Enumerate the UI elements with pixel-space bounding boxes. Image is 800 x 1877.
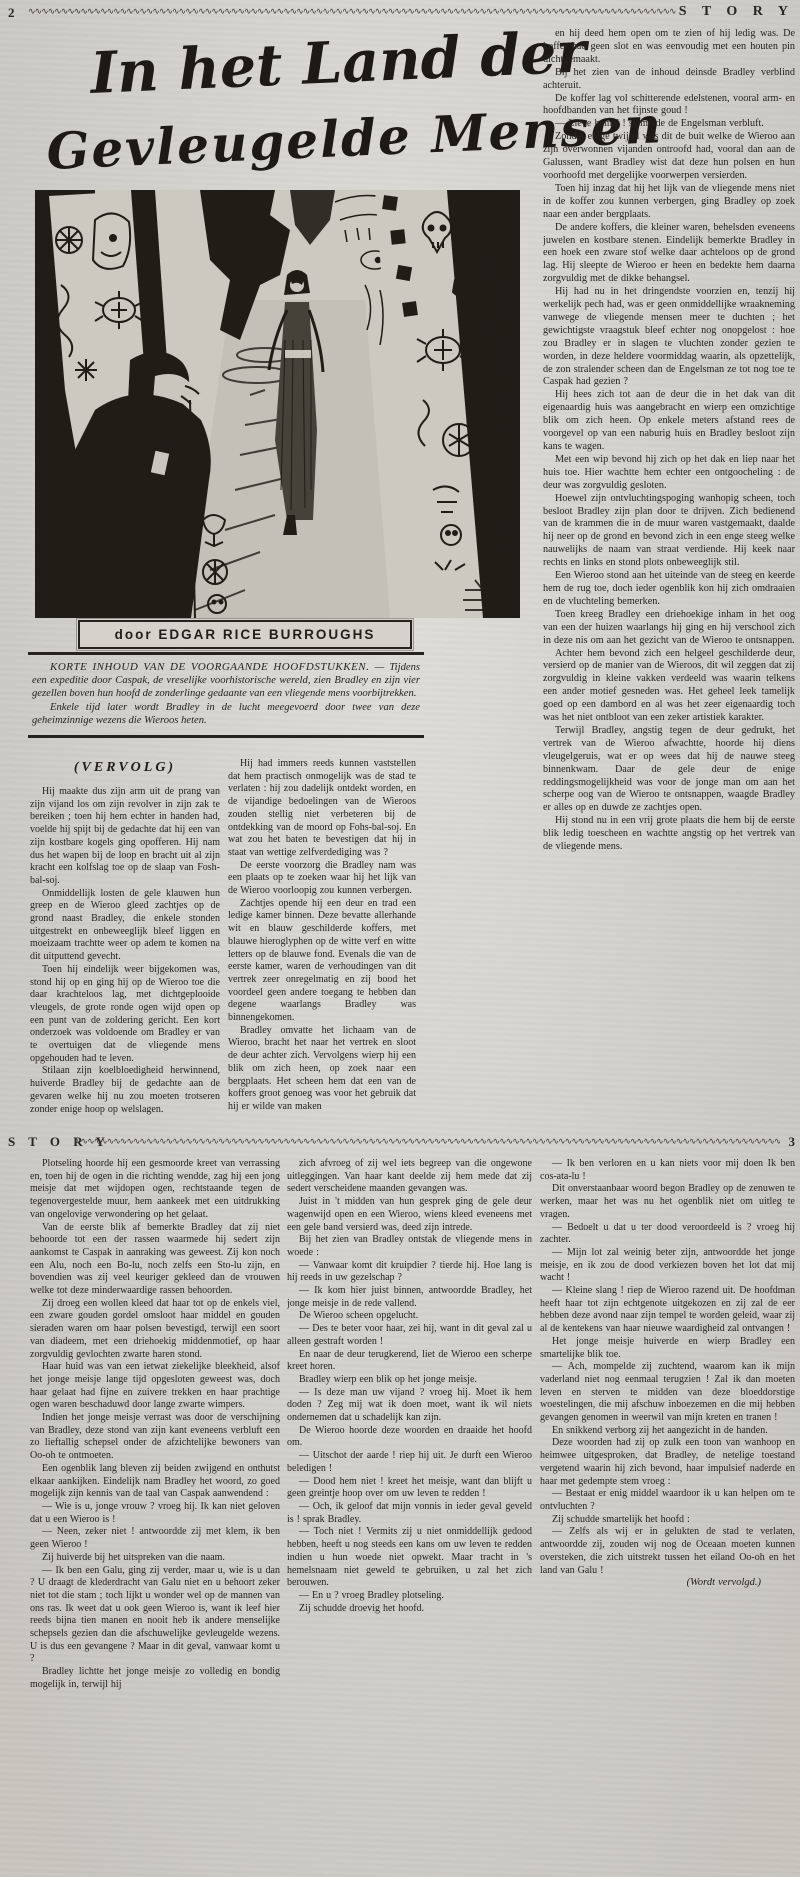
- paragraph: De koffer lag vol schitterende edelstene…: [543, 93, 795, 119]
- paragraph: — Bestaat er enig middel waardoor ik u k…: [540, 1488, 795, 1513]
- paragraph: — Neen, zeker niet ! antwoordde zij met …: [30, 1526, 280, 1551]
- paragraph: Een Wieroo stond aan het uiteinde van de…: [543, 570, 795, 609]
- paragraph: En snikkend verborg zij het aangezicht i…: [540, 1425, 795, 1438]
- paragraph: — Ach, mompelde zij zuchtend, waarom kan…: [540, 1361, 795, 1425]
- closing-note: (Wordt vervolgd.): [540, 1577, 795, 1590]
- paragraph: — Lieve hemel ! stamelde de Engelsman ve…: [543, 118, 795, 131]
- paragraph: Zij droeg een wollen kleed dat haar tot …: [30, 1298, 280, 1362]
- paragraph: Toen hij inzag dat hij het lijk van de v…: [543, 183, 795, 222]
- byline-box: door EDGAR RICE BURROUGHS: [78, 620, 412, 649]
- paragraph: Bradley omvatte het lichaam van de Wiero…: [228, 1025, 416, 1114]
- paragraph: Bradley wierp een blik op het jonge meis…: [287, 1374, 532, 1387]
- paragraph: De Wieroo scheen opgelucht.: [287, 1310, 532, 1323]
- upper-column-1: Hij maakte dus zijn arm uit de prang van…: [30, 786, 220, 1134]
- paragraph: Hij had immers reeds kunnen vaststellen …: [228, 758, 416, 860]
- summary-paragraph-2: Enkele tijd later wordt Bradley in de lu…: [32, 701, 420, 727]
- upper-column-2: Hij had immers reeds kunnen vaststellen …: [228, 758, 416, 1134]
- page-number-right: 3: [789, 1134, 796, 1150]
- upper-column-3: en hij deed hem open om te zien of hij l…: [543, 28, 795, 1134]
- lower-column-1: Plotseling hoorde hij een gesmoorde kree…: [30, 1158, 280, 1872]
- paragraph: Met een wip bevond hij zich op het dak e…: [543, 454, 795, 493]
- paragraph: Bradley lichtte het jonge meisje zo voll…: [30, 1666, 280, 1691]
- paragraph: — Dood hem niet ! kreet het meisje, want…: [287, 1476, 532, 1501]
- paragraph: Onmiddellijk losten de gele klauwen hun …: [30, 888, 220, 964]
- header-ornament: ∿∿∿∿∿∿∿∿∿∿∿∿∿∿∿∿∿∿∿∿∿∿∿∿∿∿∿∿∿∿∿∿∿∿∿∿∿∿∿∿…: [28, 6, 676, 18]
- paragraph: — Uitschot der aarde ! riep hij uit. Je …: [287, 1450, 532, 1475]
- paragraph: — Toch niet ! Vermits zij u niet onmidde…: [287, 1526, 532, 1590]
- paragraph: De Wieroo hoorde deze woorden en draaide…: [287, 1425, 532, 1450]
- paragraph: Hij had nu in het dringendste voorzien e…: [543, 286, 795, 389]
- paragraph: En naar de deur terugkerend, liet de Wie…: [287, 1349, 532, 1374]
- paragraph: Hoewel zijn ontvluchtingspoging wanhopig…: [543, 493, 795, 570]
- story-title-line1: In het Land der: [89, 18, 588, 107]
- paragraph: Hij maakte dus zijn arm uit de prang van…: [30, 786, 220, 888]
- paragraph: Zonder enige twijfel was dit de buit wel…: [543, 131, 795, 183]
- paragraph: Juist in 't midden van hun gesprek ging …: [287, 1196, 532, 1234]
- lower-column-2: zich afvroeg of zij wel iets begreep van…: [287, 1158, 532, 1872]
- paragraph: — Wie is u, jonge vrouw ? vroeg hij. Ik …: [30, 1501, 280, 1526]
- paragraph: Bij het zien van Bradley ontstak de vlie…: [287, 1234, 532, 1259]
- summary-box: KORTE INHOUD VAN DE VOORGAANDE HOOFDSTUK…: [28, 652, 424, 738]
- paragraph: — Ik ben verloren en u kan niets voor mi…: [540, 1158, 795, 1183]
- magazine-page: 2 ∿∿∿∿∿∿∿∿∿∿∿∿∿∿∿∿∿∿∿∿∿∿∿∿∿∿∿∿∿∿∿∿∿∿∿∿∿∿…: [0, 0, 800, 1877]
- paragraph: — Is deze man uw vijand ? vroeg hij. Moe…: [287, 1387, 532, 1425]
- paragraph: — Ik ben een Galu, ging zij verder, maar…: [30, 1565, 280, 1667]
- paragraph: Zij schudde smartelijk het hoofd :: [540, 1514, 795, 1527]
- paragraph: Toen kreeg Bradley een driehoekige inham…: [543, 609, 795, 648]
- paragraph: De eerste voorzorg die Bradley nam was e…: [228, 860, 416, 898]
- paragraph: Terwijl Bradley, angstig tegen de deur g…: [543, 725, 795, 815]
- page-number-left: 2: [8, 5, 15, 21]
- paragraph: zich afvroeg of zij wel iets begreep van…: [287, 1158, 532, 1196]
- summary-heading: KORTE INHOUD VAN DE VOORGAANDE HOOFDSTUK…: [50, 661, 385, 673]
- continuation-heading: (VERVOLG): [30, 760, 220, 776]
- paragraph: Bij het zien van de inhoud deinsde Bradl…: [543, 67, 795, 93]
- paragraph: Indien het jonge meisje verrast was door…: [30, 1412, 280, 1463]
- paragraph: — En u ? vroeg Bradley plotseling.: [287, 1590, 532, 1603]
- paragraph: Achter hem bevond zich een helgeel gesch…: [543, 648, 795, 725]
- paragraph: en hij deed hem open om te zien of hij l…: [543, 28, 795, 67]
- story-illustration: [35, 190, 520, 618]
- paragraph: Deze woorden had zij op zulk een toon va…: [540, 1437, 795, 1488]
- paragraph: Een ogenblik lang bleven zij beiden zwij…: [30, 1463, 280, 1501]
- paragraph: — Zelfs als wij er in gelukten de stad t…: [540, 1526, 795, 1577]
- paragraph: Hij hees zich tot aan de deur die in het…: [543, 389, 795, 454]
- paragraph: Plotseling hoorde hij een gesmoorde kree…: [30, 1158, 280, 1222]
- paragraph: — Vanwaar komt dit kruipdier ? tierde hi…: [287, 1260, 532, 1285]
- lower-column-3-text: — Ik ben verloren en u kan niets voor mi…: [540, 1158, 795, 1577]
- paragraph: Zij schudde droevig het hoofd.: [287, 1603, 532, 1616]
- paragraph: Zachtjes opende hij een deur en trad een…: [228, 898, 416, 1025]
- paragraph: Het jonge meisje huiverde en wierp Bradl…: [540, 1336, 795, 1361]
- paragraph: Dit onverstaanbaar woord begon Bradley o…: [540, 1183, 795, 1221]
- paragraph: Stilaan zijn koelbloedigheid herwinnend,…: [30, 1065, 220, 1116]
- paragraph: — Kleine slang ! riep de Wieroo razend u…: [540, 1285, 795, 1336]
- paragraph: — Mijn lot zal weinig beter zijn, antwoo…: [540, 1247, 795, 1285]
- paragraph: Toen hij eindelijk weer bijgekomen was, …: [30, 964, 220, 1066]
- divider-ornament: ∿∿∿∿∿∿∿∿∿∿∿∿∿∿∿∿∿∿∿∿∿∿∿∿∿∿∿∿∿∿∿∿∿∿∿∿∿∿∿∿…: [74, 1136, 780, 1148]
- byline-author: door EDGAR RICE BURROUGHS: [115, 627, 376, 642]
- summary-paragraph-1: KORTE INHOUD VAN DE VOORGAANDE HOOFDSTUK…: [32, 661, 420, 701]
- paragraph: — Ik kom hier juist binnen, antwoordde B…: [287, 1285, 532, 1310]
- paragraph: — Des te beter voor haar, zei hij, want …: [287, 1323, 532, 1348]
- paragraph: — Bedoelt u dat u ter dood veroordeeld i…: [540, 1222, 795, 1247]
- masthead-story: S T O R Y: [679, 4, 794, 20]
- paragraph: — Och, ik geloof dat mijn vonnis in iede…: [287, 1501, 532, 1526]
- paragraph: Zij huiverde bij het uitspreken van die …: [30, 1552, 280, 1565]
- paragraph: Van de eerste blik af bemerkte Bradley d…: [30, 1222, 280, 1298]
- paragraph: De andere koffers, die kleiner waren, be…: [543, 222, 795, 287]
- paragraph: Hij stond nu in een vrij grote plaats di…: [543, 815, 795, 854]
- lower-column-3: — Ik ben verloren en u kan niets voor mi…: [540, 1158, 795, 1872]
- paragraph: Haar huid was van een ietwat ziekelijke …: [30, 1361, 280, 1412]
